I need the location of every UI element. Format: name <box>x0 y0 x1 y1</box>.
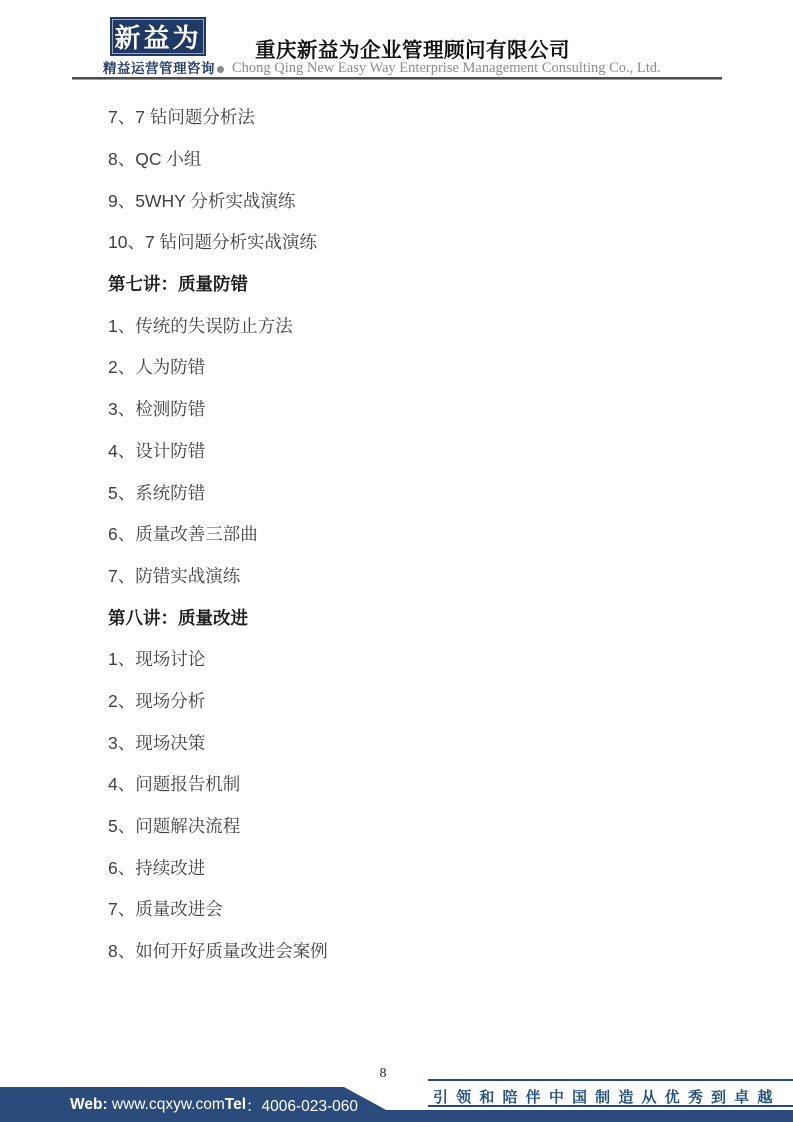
list-item: 8、如何开好质量改进会案例 <box>108 930 743 972</box>
tel-number: ：4006-023-060 <box>246 1094 358 1116</box>
list-item: 3、现场决策 <box>108 721 743 763</box>
header-divider <box>72 77 722 80</box>
company-name-cn: 重庆新益为企业管理顾问有限公司 <box>255 33 570 63</box>
list-item: 4、设计防错 <box>108 430 743 472</box>
list-item: 7、质量改进会 <box>108 888 743 930</box>
company-logo: 新益为 <box>110 17 206 56</box>
logo-subtitle: 精益运营管理咨询 <box>103 57 224 77</box>
section-heading: 第八讲：质量改进 <box>108 596 743 638</box>
list-item: 6、持续改进 <box>108 846 743 888</box>
footer-top-rule <box>428 1079 793 1081</box>
list-item: 7、防错实战演练 <box>108 555 743 597</box>
list-item: 2、现场分析 <box>108 680 743 722</box>
list-item: 5、问题解决流程 <box>108 805 743 847</box>
logo-dot-icon <box>217 66 224 73</box>
course-outline: 7、7 钻问题分析法8、QC 小组9、5WHY 分析实战演练10、7 钻问题分析… <box>108 96 743 971</box>
footer-slogan: 引 领 和 陪 伴 中 国 制 造 从 优 秀 到 卓 越 <box>433 1086 774 1107</box>
list-item: 9、5WHY 分析实战演练 <box>108 179 743 221</box>
list-item: 6、质量改善三部曲 <box>108 513 743 555</box>
list-item: 10、7 钻问题分析实战演练 <box>108 221 743 263</box>
footer-contact-bar: Web: www.cqxyw.comTel：4006-023-060 <box>0 1087 386 1122</box>
document-page: 新益为 精益运营管理咨询 重庆新益为企业管理顾问有限公司 Chong Qing … <box>0 0 793 1122</box>
list-item: 4、问题报告机制 <box>108 763 743 805</box>
footer-bottom-strip <box>382 1110 793 1122</box>
tel-label: Tel <box>225 1096 246 1114</box>
list-item: 7、7 钻问题分析法 <box>108 96 743 138</box>
list-item: 8、QC 小组 <box>108 138 743 180</box>
web-label: Web: <box>70 1096 108 1114</box>
logo-wordmark: 新益为 <box>114 18 201 55</box>
list-item: 2、人为防错 <box>108 346 743 388</box>
website-url: www.cqxyw.com <box>108 1096 225 1114</box>
section-heading: 第七讲：质量防错 <box>108 263 743 305</box>
list-item: 3、检测防错 <box>108 388 743 430</box>
list-item: 5、系统防错 <box>108 471 743 513</box>
logo-subtitle-text: 精益运营管理咨询 <box>103 61 215 76</box>
company-name-en: Chong Qing New Easy Way Enterprise Manag… <box>232 60 661 77</box>
list-item: 1、传统的失误防止方法 <box>108 304 743 346</box>
list-item: 1、现场讨论 <box>108 638 743 680</box>
footer-slogan-underline <box>428 1105 793 1107</box>
